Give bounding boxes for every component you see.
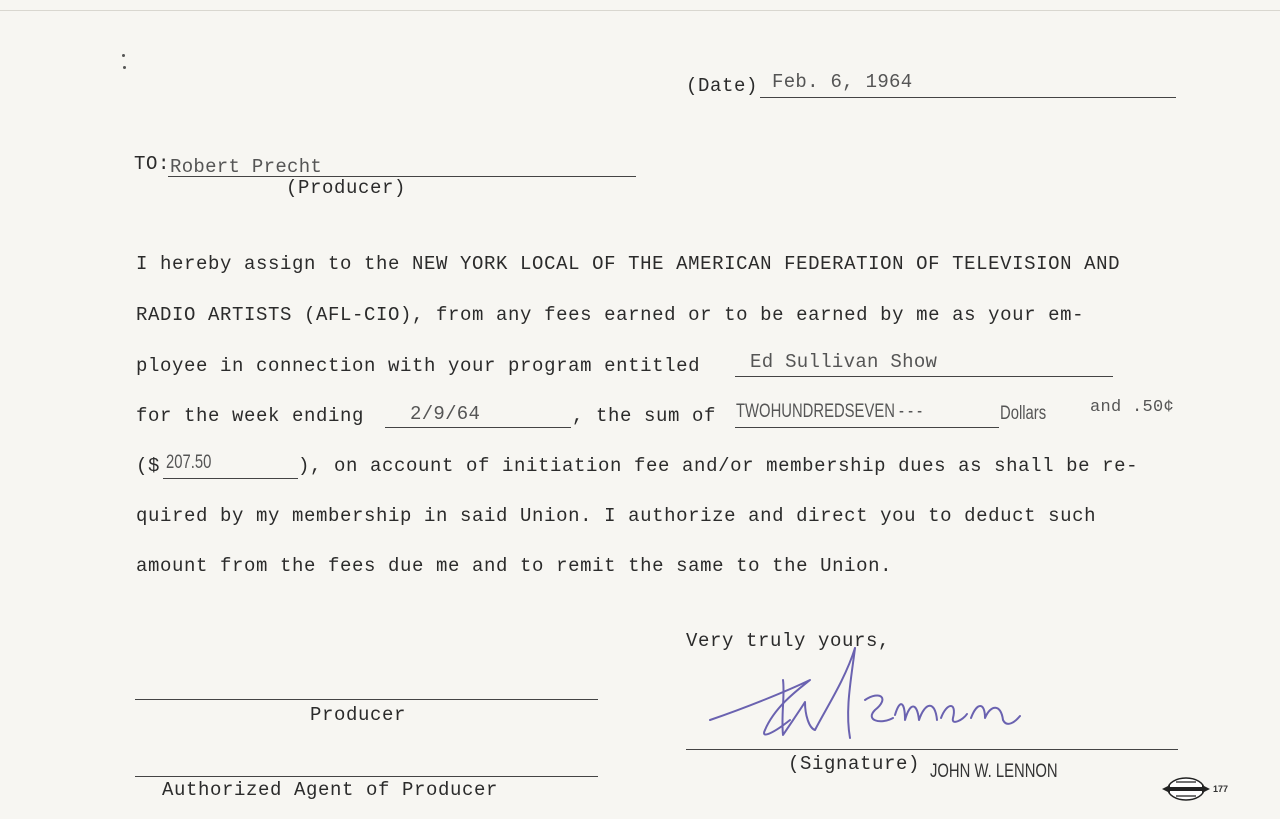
union-bug-number: 177: [1213, 784, 1228, 794]
amount-line-rest: ), on account of initiation fee and/or m…: [298, 455, 1138, 477]
program-value: Ed Sullivan Show: [750, 351, 937, 373]
to-label: TO:: [134, 153, 170, 175]
agent-line: [135, 776, 598, 777]
to-value: Robert Precht: [170, 156, 322, 178]
week-line: [385, 427, 571, 428]
signature-caption: (Signature): [788, 753, 920, 775]
sum-line: [735, 427, 999, 428]
dollars-label: Dollars: [1000, 403, 1046, 425]
union-bug-icon: [1160, 776, 1212, 802]
date-value: Feb. 6, 1964: [772, 71, 912, 93]
punch-mark: [123, 66, 126, 69]
date-label: (Date): [686, 75, 758, 97]
agent-caption: Authorized Agent of Producer: [162, 779, 498, 801]
page-edge: [0, 10, 1280, 11]
amount-line: [163, 478, 298, 479]
producer-caption: Producer: [310, 704, 406, 726]
body-line-2: RADIO ARTISTS (AFL-CIO), from any fees e…: [136, 304, 1084, 326]
signature-line: [686, 749, 1178, 750]
to-caption: (Producer): [286, 177, 406, 199]
producer-line: [135, 699, 598, 700]
sum-words: TWOHUNDREDSEVEN - - -: [736, 401, 922, 423]
week-value: 2/9/64: [410, 403, 480, 425]
program-line: [735, 376, 1113, 377]
signature: [705, 640, 1085, 750]
date-line: [760, 97, 1176, 98]
body-line-7: amount from the fees due me and to remit…: [136, 555, 892, 577]
amount-open: ($: [136, 455, 160, 477]
week-label: for the week ending: [136, 405, 364, 427]
body-line-3: ployee in connection with your program e…: [136, 355, 700, 377]
signer-name: JOHN W. LENNON: [930, 761, 1058, 783]
body-line-6: quired by my membership in said Union. I…: [136, 505, 1096, 527]
amount-value: 207.50: [166, 452, 211, 474]
sum-label: , the sum of: [572, 405, 716, 427]
body-line-1: I hereby assign to the NEW YORK LOCAL OF…: [136, 253, 1120, 275]
punch-mark: [122, 54, 125, 57]
cents-value: and .50¢: [1090, 398, 1174, 417]
